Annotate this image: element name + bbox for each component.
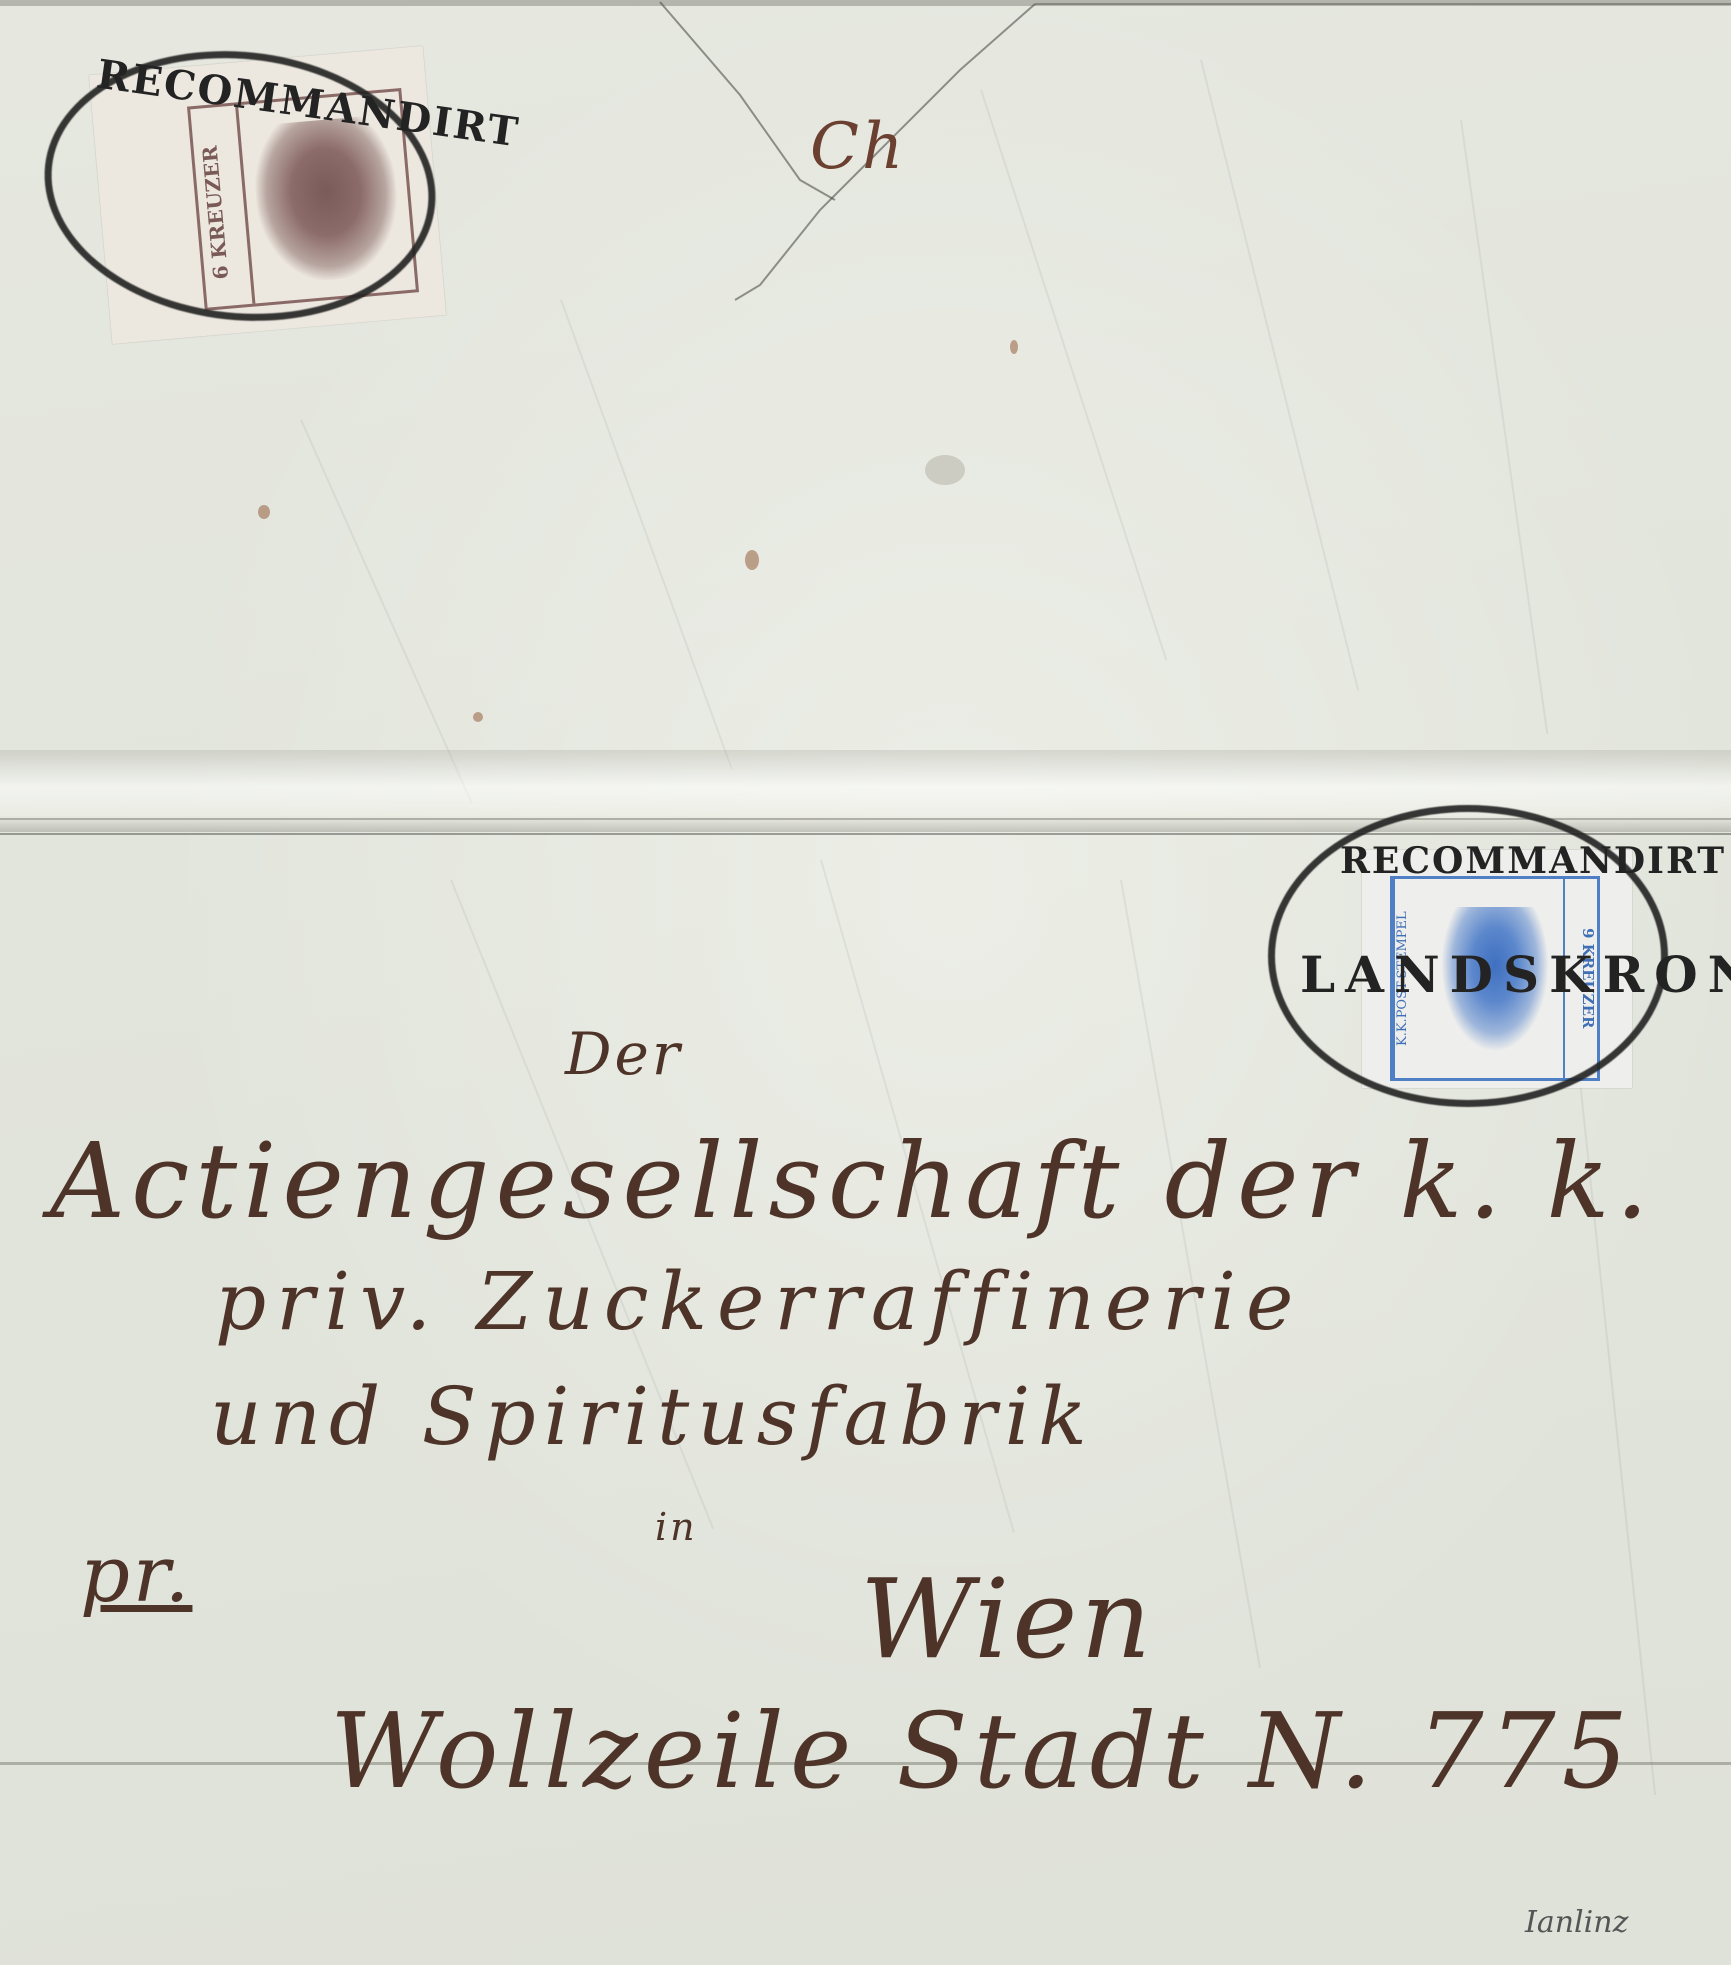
show-through-stroke: [980, 89, 1167, 660]
address-in: in: [655, 1505, 698, 1549]
top-edge: [0, 0, 1731, 6]
address-line-1: Actiengesellschaft der k. k.: [50, 1120, 1655, 1242]
address-line-3: und Spiritusfabrik: [210, 1370, 1095, 1463]
ink-stain: [258, 505, 270, 519]
postmark-text-top: RECOMMANDIRT: [1340, 840, 1726, 882]
show-through-stroke: [1460, 120, 1548, 734]
ink-stain: [473, 712, 483, 722]
postmark-town: LANDSKRON: [1300, 945, 1731, 1004]
show-through-stroke: [560, 299, 733, 770]
salutation: Der: [565, 1020, 683, 1088]
ink-stain: [745, 550, 759, 570]
address-city: Wien: [860, 1555, 1154, 1683]
address-line-2: priv. Zuckerraffinerie: [215, 1255, 1303, 1348]
flap-initial-handwriting: Ch: [810, 110, 906, 184]
letter-sheet: Ch 6 KREUZER RECOMMANDIRT K.K.POST-STEMP…: [0, 0, 1731, 1965]
pencil-signature: Ianlinz: [1525, 1905, 1628, 1940]
show-through-stroke: [300, 419, 473, 804]
address-street: Wollzeile Stadt N. 775: [330, 1690, 1634, 1812]
show-through-stroke: [1200, 60, 1359, 691]
smudge: [925, 455, 965, 485]
ink-stain: [1010, 340, 1018, 354]
address-prefix: pr.: [80, 1530, 192, 1620]
